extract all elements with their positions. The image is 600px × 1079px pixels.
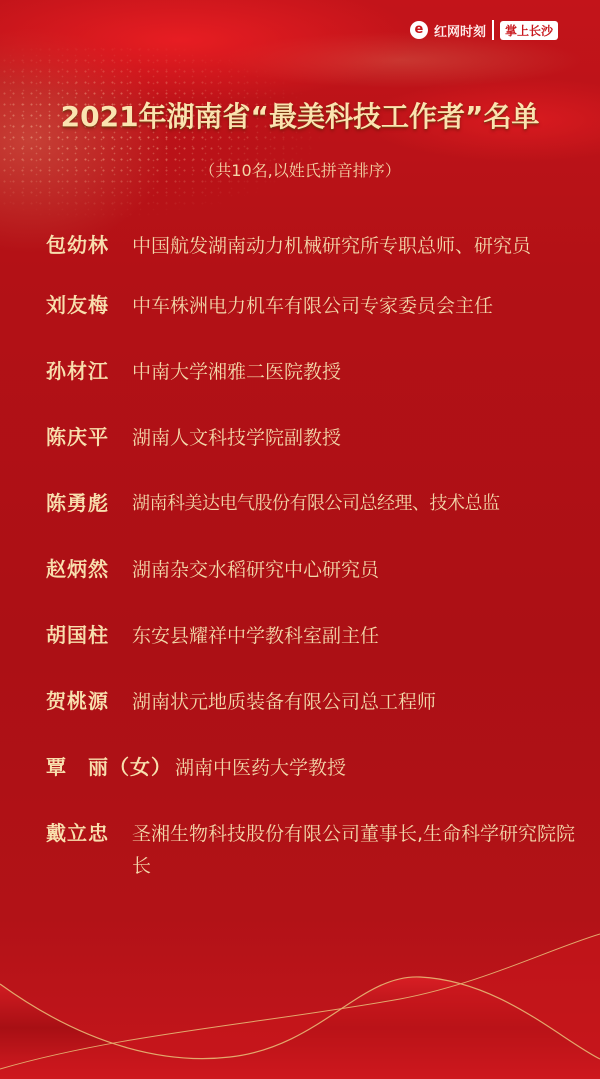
list-item: 贺桃源 湖南状元地质装备有限公司总工程师 — [46, 686, 586, 718]
person-title: 中车株洲电力机车有限公司专家委员会主任 — [132, 290, 586, 322]
list-item: 赵炳然 湖南杂交水稻研究中心研究员 — [46, 554, 586, 586]
person-name: 刘友梅 — [46, 290, 132, 320]
person-title: 湖南人文科技学院副教授 — [132, 422, 586, 454]
person-name: 胡国柱 — [46, 620, 132, 650]
person-title: 湖南状元地质装备有限公司总工程师 — [132, 686, 586, 718]
person-title: 圣湘生物科技股份有限公司董事长,生命科学研究院院长 — [132, 818, 582, 882]
person-name: 覃 丽（女） — [46, 752, 175, 782]
person-name: 陈勇彪 — [46, 488, 132, 518]
person-title: 湖南科美达电气股份有限公司总经理、技术总监 — [132, 488, 586, 520]
honoree-list: 包幼林 中国航发湖南动力机械研究所专职总师、研究员 刘友梅 中车株洲电力机车有限… — [46, 230, 586, 916]
person-name: 戴立忠 — [46, 818, 132, 848]
brand-mark-icon: e — [410, 21, 428, 39]
list-item: 戴立忠 圣湘生物科技股份有限公司董事长,生命科学研究院院长 — [46, 818, 586, 882]
person-title: 湖南中医药大学教授 — [175, 752, 586, 784]
silk-wave-decoration — [0, 929, 600, 1079]
logo-right-text: 掌上长沙 — [500, 21, 558, 40]
logo-divider — [492, 20, 494, 40]
person-name: 贺桃源 — [46, 686, 132, 716]
person-title: 湖南杂交水稻研究中心研究员 — [132, 554, 586, 586]
list-item: 陈勇彪 湖南科美达电气股份有限公司总经理、技术总监 — [46, 488, 586, 520]
list-item: 陈庆平 湖南人文科技学院副教授 — [46, 422, 586, 454]
person-title: 中国航发湖南动力机械研究所专职总师、研究员 — [132, 230, 552, 262]
list-item: 包幼林 中国航发湖南动力机械研究所专职总师、研究员 — [46, 230, 586, 262]
list-item: 覃 丽（女） 湖南中医药大学教授 — [46, 752, 586, 784]
page-subtitle: （共10名,以姓氏拼音排序） — [0, 158, 600, 181]
person-name: 赵炳然 — [46, 554, 132, 584]
person-title: 东安县耀祥中学教科室副主任 — [132, 620, 586, 652]
list-item: 胡国柱 东安县耀祥中学教科室副主任 — [46, 620, 586, 652]
media-logo: e 红网时刻 掌上长沙 — [410, 18, 558, 42]
person-name: 陈庆平 — [46, 422, 132, 452]
person-name: 包幼林 — [46, 230, 132, 260]
logo-left-text: 红网时刻 — [434, 21, 486, 40]
list-item: 刘友梅 中车株洲电力机车有限公司专家委员会主任 — [46, 290, 586, 322]
page-title: 2021年湖南省“最美科技工作者”名单 — [0, 95, 600, 135]
list-item: 孙材江 中南大学湘雅二医院教授 — [46, 356, 586, 388]
person-name: 孙材江 — [46, 356, 132, 386]
person-title: 中南大学湘雅二医院教授 — [132, 356, 586, 388]
